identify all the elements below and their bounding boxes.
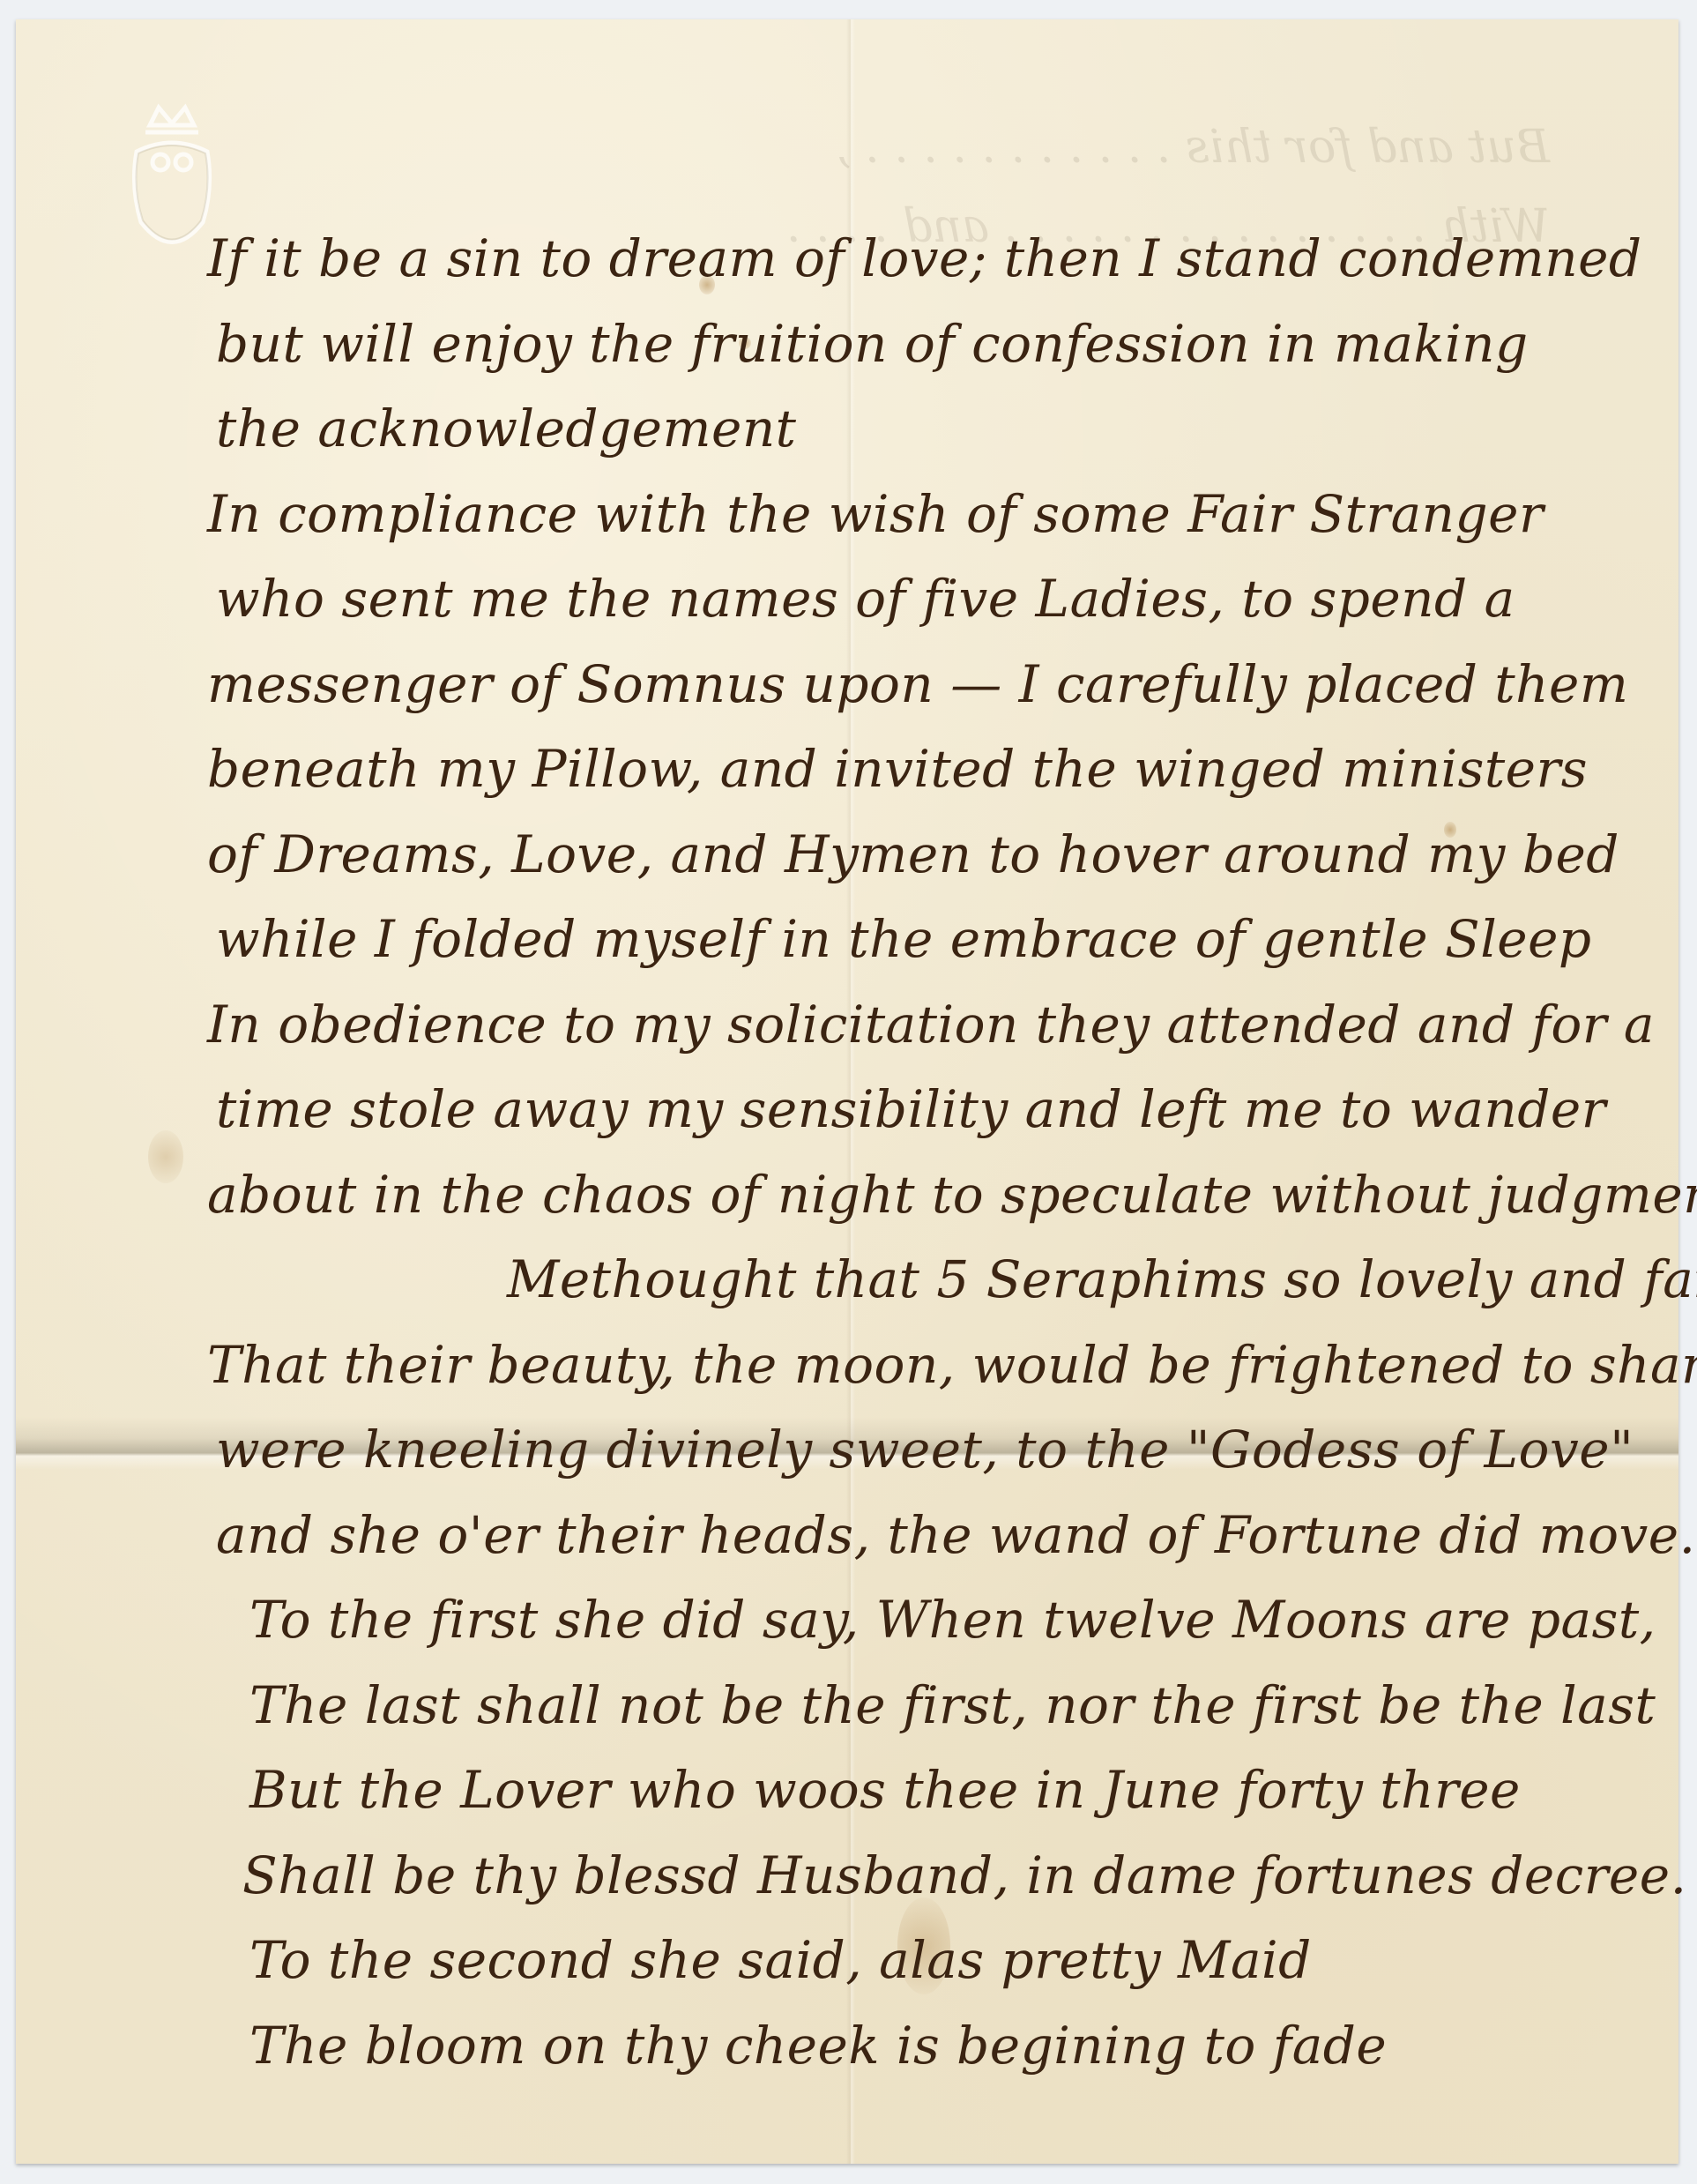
letter-line: but will enjoy the fruition of confessio… [207, 302, 1662, 387]
letter-line: time stole away my sensibility and left … [207, 1067, 1662, 1152]
poem-line: Shall be thy blessd Husband, in dame for… [207, 1833, 1662, 1919]
letter-line: while I folded myself in the embrace of … [207, 897, 1662, 982]
poem-line: The bloom on thy cheek is begining to fa… [207, 2003, 1662, 2089]
poem-line: and she o'er their heads, the wand of Fo… [207, 1493, 1662, 1578]
letter-line: the acknowledgement [207, 386, 1662, 472]
poem-line: Methought that 5 Seraphims so lovely and… [207, 1237, 1662, 1323]
poem-line: To the first she did say, When twelve Mo… [207, 1577, 1662, 1663]
letter-line: of Dreams, Love, and Hymen to hover arou… [207, 812, 1662, 898]
letter-line: In obedience to my solicitation they att… [207, 982, 1662, 1068]
poem-line: were kneeling divinely sweet, to the "Go… [207, 1407, 1662, 1493]
letter-line: messenger of Somnus upon — I carefully p… [207, 642, 1662, 727]
poem-line: To the second she said, alas pretty Maid [207, 1918, 1662, 2003]
foxing-stain [148, 1130, 183, 1183]
letter-line: beneath my Pillow, and invited the winge… [207, 727, 1662, 812]
poem-line: But the Lover who woos thee in June fort… [207, 1748, 1662, 1833]
letter-line: about in the chaos of night to speculate… [207, 1152, 1662, 1238]
letter-line: In compliance with the wish of some Fair… [207, 472, 1662, 557]
letter-line: who sent me the names of five Ladies, to… [207, 556, 1662, 642]
poem-line: That their beauty, the moon, would be fr… [207, 1323, 1662, 1408]
poem-line: The last shall not be the first, nor the… [207, 1663, 1662, 1748]
letter-body: If it be a sin to dream of love; then I … [207, 216, 1662, 2088]
bleed-line: But and for this . . . . . . . . . . . , [227, 108, 1550, 187]
letter-line: If it be a sin to dream of love; then I … [207, 216, 1662, 302]
